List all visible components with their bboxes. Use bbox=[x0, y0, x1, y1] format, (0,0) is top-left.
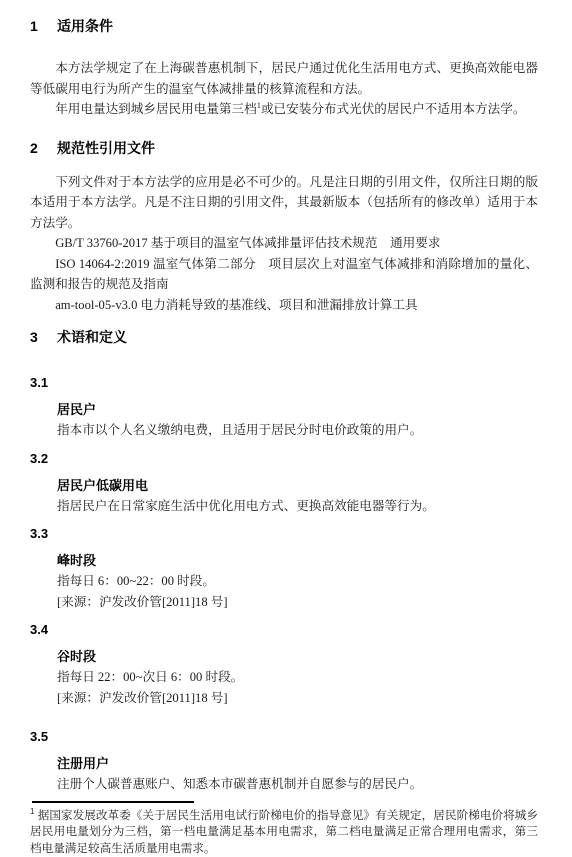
term-name: 居民户低碳用电 bbox=[57, 476, 538, 496]
footnote-separator bbox=[32, 801, 194, 803]
footnote-text: 1 据国家发展改革委《关于居民生活用电试行阶梯电价的指导意见》有关规定，居民阶梯… bbox=[30, 808, 538, 857]
section-2-heading: 2规范性引用文件 bbox=[30, 138, 538, 158]
document-page: 1适用条件 本方法学规定了在上海碳普惠机制下，居民户通过优化生活用电方式、更换高… bbox=[0, 0, 572, 857]
footnote-body: 据国家发展改革委《关于居民生活用电试行阶梯电价的指导意见》有关规定，居民阶梯电价… bbox=[30, 809, 538, 855]
term-number: 3.4 bbox=[30, 620, 538, 640]
term-number: 3.1 bbox=[30, 373, 538, 393]
section-1-number: 1 bbox=[30, 16, 57, 36]
paragraph-text: 或已安装分布式光伏的居民户不适用本方法学。 bbox=[261, 102, 525, 116]
section-1-title: 适用条件 bbox=[57, 18, 113, 34]
term-block: 3.4 谷时段 指每日 22：00~次日 6：00 时段。 [来源：沪发改价管[… bbox=[30, 620, 538, 708]
section-1-paragraph-1: 本方法学规定了在上海碳普惠机制下，居民户通过优化生活用电方式、更换高效能电器等低… bbox=[30, 58, 538, 99]
term-definition: 注册个人碳普惠账户、知悉本市碳普惠机制并自愿参与的居民户。 bbox=[57, 774, 538, 795]
term-block: 3.3 峰时段 指每日 6：00~22：00 时段。 [来源：沪发改价管[201… bbox=[30, 524, 538, 612]
term-number: 3.3 bbox=[30, 524, 538, 544]
section-2-title: 规范性引用文件 bbox=[57, 140, 155, 156]
reference-item: GB/T 33760-2017 基于项目的温室气体减排量评估技术规范 通用要求 bbox=[30, 233, 538, 254]
term-block: 3.5 注册用户 注册个人碳普惠账户、知悉本市碳普惠机制并自愿参与的居民户。 bbox=[30, 727, 538, 795]
term-definition: 指每日 6：00~22：00 时段。 bbox=[57, 571, 538, 592]
term-definition: 指本市以个人名义缴纳电费，且适用于居民分时电价政策的用户。 bbox=[57, 420, 538, 441]
term-source: [来源：沪发改价管[2011]18 号] bbox=[57, 592, 538, 613]
term-source: [来源：沪发改价管[2011]18 号] bbox=[57, 688, 538, 709]
term-number: 3.2 bbox=[30, 449, 538, 469]
term-name: 居民户 bbox=[57, 400, 538, 420]
section-3-title: 术语和定义 bbox=[57, 329, 127, 345]
section-3-number: 3 bbox=[30, 327, 57, 347]
term-block: 3.2 居民户低碳用电 指居民户在日常家庭生活中优化用电方式、更换高效能电器等行… bbox=[30, 449, 538, 517]
term-number: 3.5 bbox=[30, 727, 538, 747]
reference-item: am-tool-05-v3.0 电力消耗导致的基准线、项目和泄漏排放计算工具 bbox=[30, 295, 538, 316]
section-1-heading: 1适用条件 bbox=[30, 16, 538, 36]
section-2-number: 2 bbox=[30, 138, 57, 158]
section-2-intro: 下列文件对于本方法学的应用是必不可少的。凡是注日期的引用文件，仅所注日期的版本适… bbox=[30, 172, 538, 234]
term-definition: 指居民户在日常家庭生活中优化用电方式、更换高效能电器等行为。 bbox=[57, 496, 538, 517]
reference-item: ISO 14064-2:2019 温室气体第二部分 项目层次上对温室气体减排和消… bbox=[30, 254, 538, 295]
term-definition: 指每日 22：00~次日 6：00 时段。 bbox=[57, 667, 538, 688]
footnote-marker: 1 bbox=[30, 807, 34, 816]
term-name: 谷时段 bbox=[57, 647, 538, 667]
section-3-heading: 3术语和定义 bbox=[30, 327, 538, 347]
paragraph-text: 年用电量达到城乡居民用电量第三档 bbox=[55, 102, 257, 116]
term-name: 注册用户 bbox=[57, 754, 538, 774]
section-1-paragraph-2: 年用电量达到城乡居民用电量第三档1或已安装分布式光伏的居民户不适用本方法学。 bbox=[30, 99, 538, 120]
term-block: 3.1 居民户 指本市以个人名义缴纳电费，且适用于居民分时电价政策的用户。 bbox=[30, 373, 538, 441]
term-name: 峰时段 bbox=[57, 551, 538, 571]
